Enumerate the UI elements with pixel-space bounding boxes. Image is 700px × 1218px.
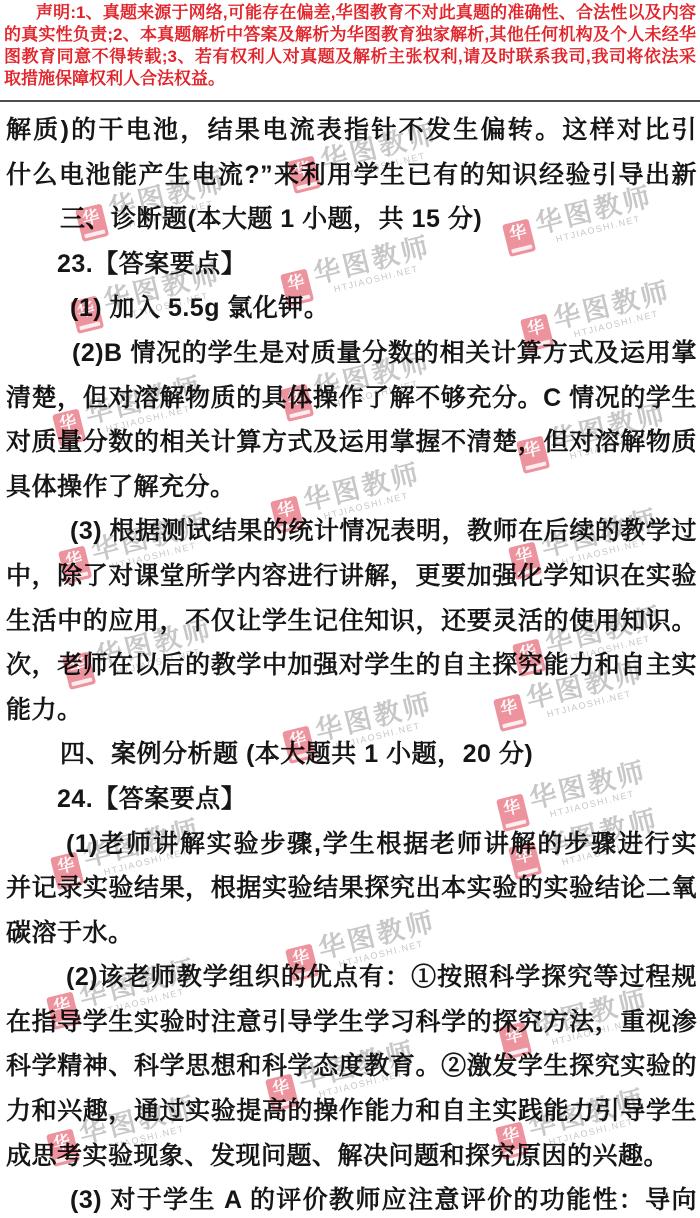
disclaimer-line: 取措施保障权利人合法权益。 bbox=[4, 68, 696, 90]
text-line: 力和兴趣，通过实验提高的操作能力和自主实践能力引导学生形 bbox=[4, 1089, 697, 1134]
text-line: (3) 根据测试结果的统计情况表明，教师在后续的教学过程 bbox=[4, 509, 697, 554]
text-line: (2)该老师教学组织的优点有：①按照科学探究等过程规律， bbox=[4, 955, 697, 1000]
text-line: 四、案例分析题 (本大题共 1 小题，20 分) bbox=[4, 732, 697, 777]
text-line: 次，老师在以后的教学中加强对学生的自主探究能力和自主实验 bbox=[4, 643, 697, 688]
text-line: 清楚，但对溶解物质的具体操作了解不够充分。C 情况的学生是 bbox=[4, 376, 697, 421]
text-line: 生活中的应用，不仅让学生记住知识，还要灵活的使用知识。其 bbox=[4, 599, 697, 644]
disclaimer-label: 声明: bbox=[36, 3, 76, 22]
text-line: 中，除了对课堂所学内容进行讲解，更要加强化学知识在实验或 bbox=[4, 554, 697, 599]
text-line: (3) 对于学生 A 的评价教师应注意评价的功能性：导向功 bbox=[4, 1178, 697, 1218]
text-line: 并记录实验结果，根据实验结果探究出本实验的实验结论二氧化 bbox=[4, 866, 697, 911]
disclaimer-line: 的真实性负责;2、本真题解析中答案及解析为华图教育独家解析,其他任何机构及个人未… bbox=[4, 24, 696, 46]
text-line: 什么电池能产生电流?”来利用学生已有的知识经验引导出新课。 bbox=[4, 153, 697, 198]
text-line: 23.【答案要点】 bbox=[4, 242, 697, 287]
text-line: (2)B 情况的学生是对质量分数的相关计算方式及运用掌握 bbox=[4, 331, 697, 376]
disclaimer-line: 声明:1、真题来源于网络,可能存在偏差,华图教育不对此真题的准确性、合法性以及内… bbox=[4, 2, 696, 24]
text-line: 24.【答案要点】 bbox=[4, 777, 697, 822]
disclaimer: 声明:1、真题来源于网络,可能存在偏差,华图教育不对此真题的准确性、合法性以及内… bbox=[4, 2, 696, 90]
document-page: 声明:1、真题来源于网络,可能存在偏差,华图教育不对此真题的准确性、合法性以及内… bbox=[0, 0, 700, 1218]
text-line: 解质)的干电池，结果电流表指针不发生偏转。这样对比引出“为 bbox=[4, 108, 697, 153]
text-line: 碳溶于水。 bbox=[4, 911, 697, 956]
text-line: 三、诊断题(本大题 1 小题，共 15 分) bbox=[4, 197, 697, 242]
text-line: 对质量分数的相关计算方式及运用掌握不清楚，但对溶解物质的 bbox=[4, 420, 697, 465]
text-line: 在指导学生实验时注意引导学生学习科学的探究方法，重视渗透 bbox=[4, 1000, 697, 1045]
divider-line bbox=[0, 100, 700, 102]
text-line: (1)老师讲解实验步骤,学生根据老师讲解的步骤进行实验, bbox=[4, 822, 697, 867]
text-line: 成思考实验现象、发现问题、解决问题和探究原因的兴趣。 bbox=[4, 1134, 697, 1179]
disclaimer-line: 图教育同意不得转载;3、若有权利人对真题及解析主张权利,请及时联系我司,我司将依… bbox=[4, 46, 696, 68]
text-line: 科学精神、科学思想和科学态度教育。②激发学生探究实验的能 bbox=[4, 1044, 697, 1089]
text-line: (1) 加入 5.5g 氯化钾。 bbox=[4, 286, 697, 331]
text-line: 能力。 bbox=[4, 688, 697, 733]
text-line: 具体操作了解充分。 bbox=[4, 465, 697, 510]
document-body: 解质)的干电池，结果电流表指针不发生偏转。这样对比引出“为什么电池能产生电流?”… bbox=[4, 108, 697, 1218]
